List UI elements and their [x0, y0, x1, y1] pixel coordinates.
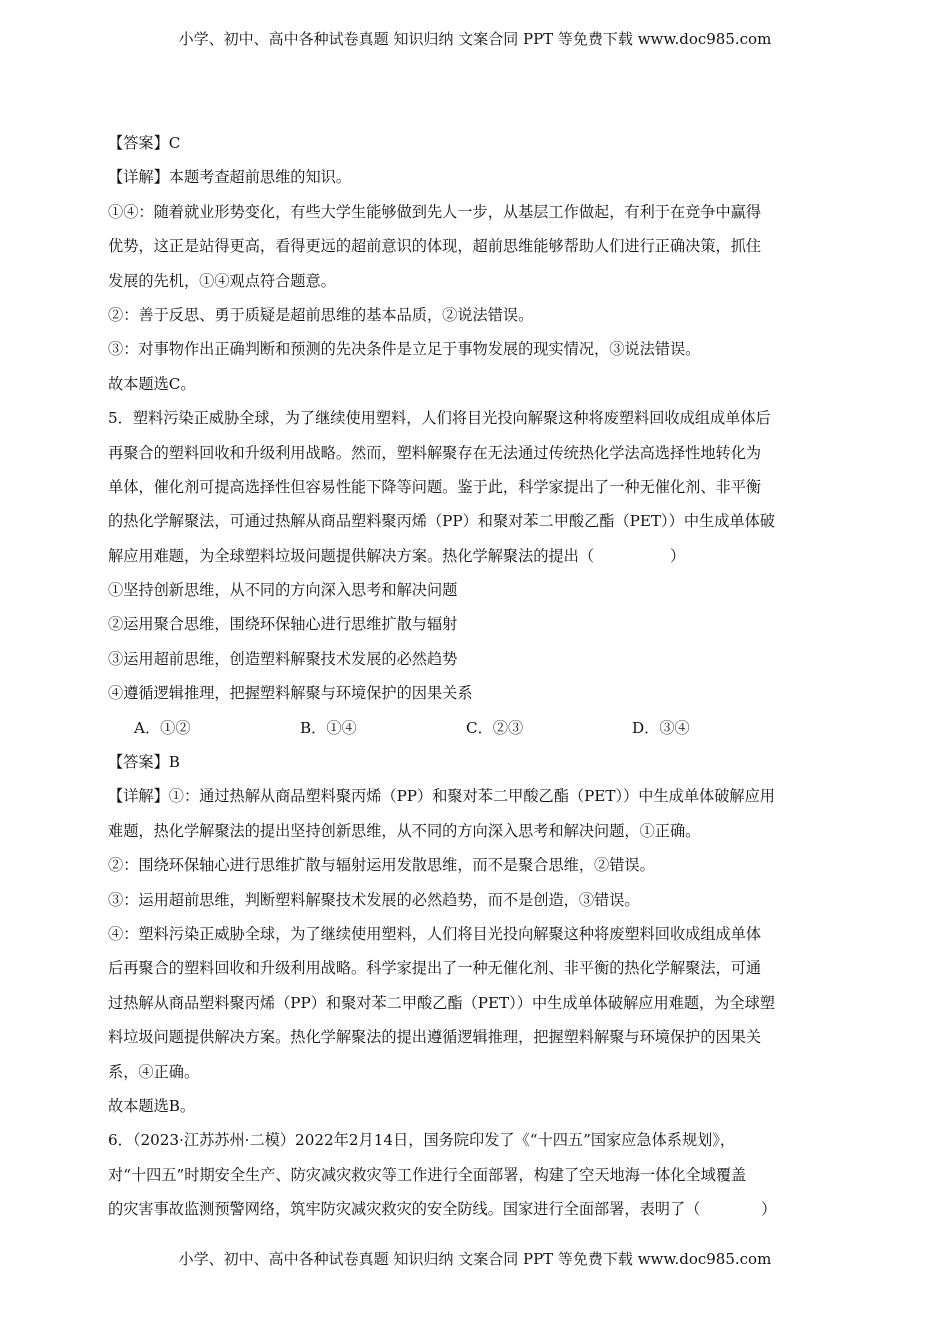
q5-detail-line: ②：围绕环保轴心进行思维扩散与辐射运用发散思维，而不是聚合思维，②错误。	[108, 848, 843, 882]
q5-statement-4: ④遵循逻辑推理，把握塑料解聚与环境保护的因果关系	[108, 676, 843, 710]
q4-detail-line: ③：对事物作出正确判断和预测的先决条件是立足于事物发展的现实情况，③说法错误。	[108, 332, 843, 366]
q5-stem-line: 5．塑料污染正威胁全球，为了继续使用塑料，人们将目光投向解聚这种将废塑料回收成组…	[108, 401, 843, 435]
q5-stem-line: 再聚合的塑料回收和升级利用战略。然而，塑料解聚存在无法通过传统热化学法高选择性地…	[108, 436, 843, 470]
q4-detail-line: 优势，这正是站得更高，看得更远的超前意识的体现，超前思维能够帮助人们进行正确决策…	[108, 229, 843, 263]
q6-stem-line: 对“十四五”时期安全生产、防灾减灾救灾等工作进行全面部署，构建了空天地海一体化全…	[108, 1158, 843, 1192]
q5-stem-line: 单体，催化剂可提高选择性但容易性能下降等问题。鉴于此，科学家提出了一种无催化剂、…	[108, 470, 843, 504]
q5-option-d: D．③④	[632, 711, 798, 745]
q5-options: A．①② B．①④ C．②③ D．③④	[108, 711, 843, 745]
q4-detail-line: ①④：随着就业形势变化，有些大学生能够做到先人一步，从基层工作做起，有利于在竞争…	[108, 195, 843, 229]
q5-option-b: B．①④	[300, 711, 466, 745]
q5-stem-line: 的热化学解聚法，可通过热解从商品塑料聚丙烯（PP）和聚对苯二甲酸乙酯（PET））…	[108, 504, 843, 538]
q5-option-a: A．①②	[134, 711, 300, 745]
q4-detail-line: 发展的先机，①④观点符合题意。	[108, 264, 843, 298]
q5-stem-line: 解应用难题，为全球塑料垃圾问题提供解决方案。热化学解聚法的提出（ ）	[108, 539, 843, 573]
q6-stem-line: 6．（2023·江苏苏州·二模）2022年2月14日，国务院印发了《“十四五”国…	[108, 1123, 843, 1157]
q5-statement-1: ①坚持创新思维，从不同的方向深入思考和解决问题	[108, 573, 843, 607]
q5-detail-line: 料垃圾问题提供解决方案。热化学解聚法的提出遵循逻辑推理，把握塑料解聚与环境保护的…	[108, 1020, 843, 1054]
q5-detail-line: 后再聚合的塑料回收和升级利用战略。科学家提出了一种无催化剂、非平衡的热化学解聚法…	[108, 951, 843, 985]
q4-answer: 【答案】C	[108, 126, 843, 160]
q5-option-c: C．②③	[466, 711, 632, 745]
q5-detail-line: ④：塑料污染正威胁全球，为了继续使用塑料，人们将目光投向解聚这种将废塑料回收成组…	[108, 917, 843, 951]
document-body: 【答案】C 【详解】本题考查超前思维的知识。 ①④：随着就业形势变化，有些大学生…	[108, 126, 843, 1227]
q4-detail-line: 【详解】本题考查超前思维的知识。	[108, 160, 843, 194]
q5-detail-line: 难题，热化学解聚法的提出坚持创新思维，从不同的方向深入思考和解决问题，①正确。	[108, 814, 843, 848]
q5-detail-line: 过热解从商品塑料聚丙烯（PP）和聚对苯二甲酸乙酯（PET））中生成单体破解应用难…	[108, 986, 843, 1020]
q4-detail-line: ②：善于反思、勇于质疑是超前思维的基本品质，②说法错误。	[108, 298, 843, 332]
q5-answer: 【答案】B	[108, 745, 843, 779]
q5-conclusion: 故本题选B。	[108, 1089, 843, 1123]
header-banner: 小学、初中、高中各种试卷真题 知识归纳 文案合同 PPT 等免费下载 www.d…	[0, 28, 950, 49]
q5-detail-line: ③：运用超前思维，判断塑料解聚技术发展的必然趋势，而不是创造，③错误。	[108, 883, 843, 917]
q6-stem-line: 的灾害事故监测预警网络，筑牢防灾减灾救灾的安全防线。国家进行全面部署，表明了（ …	[108, 1192, 843, 1226]
q5-detail-line: 【详解】①：通过热解从商品塑料聚丙烯（PP）和聚对苯二甲酸乙酯（PET））中生成…	[108, 779, 843, 813]
q5-statement-3: ③运用超前思维，创造塑料解聚技术发展的必然趋势	[108, 642, 843, 676]
footer-banner: 小学、初中、高中各种试卷真题 知识归纳 文案合同 PPT 等免费下载 www.d…	[0, 1248, 950, 1269]
q5-detail-line: 系，④正确。	[108, 1055, 843, 1089]
q4-conclusion: 故本题选C。	[108, 367, 843, 401]
q5-statement-2: ②运用聚合思维，围绕环保轴心进行思维扩散与辐射	[108, 607, 843, 641]
